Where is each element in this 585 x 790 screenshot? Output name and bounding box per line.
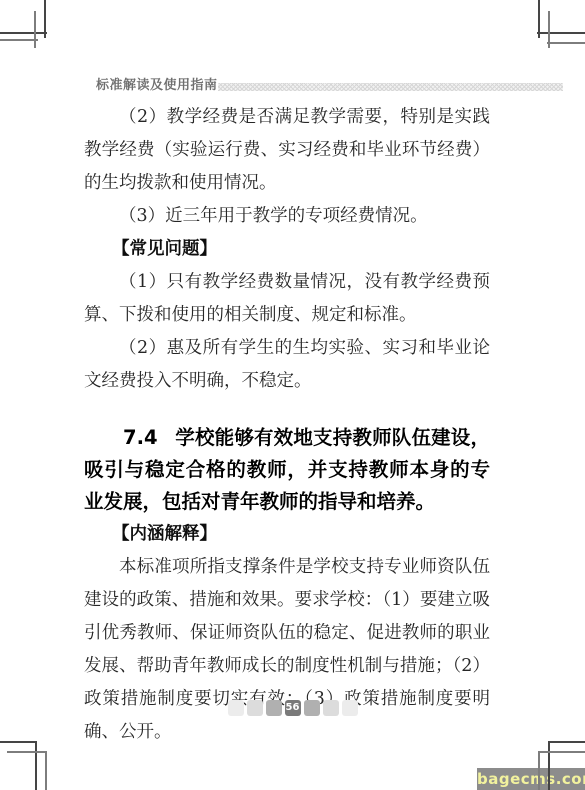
- pager-square: [342, 700, 358, 716]
- header-hatch-band: [218, 83, 563, 91]
- pager-square: [323, 700, 339, 716]
- pager-square: [266, 700, 282, 716]
- section-label: 【常见问题】: [84, 233, 490, 266]
- watermark: bagecms.com: [477, 768, 585, 790]
- page-number-pager: 56: [0, 700, 585, 716]
- paragraph: （2）教学经费是否满足教学需要，特别是实践教学经费（实验运行费、实习经费和毕业环…: [84, 101, 490, 200]
- paragraph: （1）只有教学经费数量情况，没有教学经费预算、下拨和使用的相关制度、规定和标准。: [84, 266, 490, 332]
- paragraph: （2）惠及所有学生的生均实验、实习和毕业论文经费投入不明确，不稳定。: [84, 332, 490, 398]
- page-number-badge: 56: [285, 700, 301, 716]
- pager-square: [247, 700, 263, 716]
- page-content: （2）教学经费是否满足教学需要，特别是实践教学经费（实验运行费、实习经费和毕业环…: [84, 101, 490, 749]
- document-page: 标准解读及使用指南 （2）教学经费是否满足教学需要，特别是实践教学经费（实验运行…: [0, 0, 585, 790]
- section-number: 7.4: [123, 426, 158, 449]
- pager-square: [228, 700, 244, 716]
- paragraph: 本标准项所指支撑条件是学校支持专业师资队伍建设的政策、措施和效果。要求学校：（1…: [84, 551, 490, 749]
- section-label: 【内涵解释】: [84, 518, 490, 551]
- section-heading: 7.4学校能够有效地支持教师队伍建设，吸引与稳定合格的教师，并支持教师本身的专业…: [84, 422, 490, 518]
- pager-square: [304, 700, 320, 716]
- running-header-title: 标准解读及使用指南: [96, 78, 218, 93]
- paragraph: （3）近三年用于教学的专项经费情况。: [84, 200, 490, 233]
